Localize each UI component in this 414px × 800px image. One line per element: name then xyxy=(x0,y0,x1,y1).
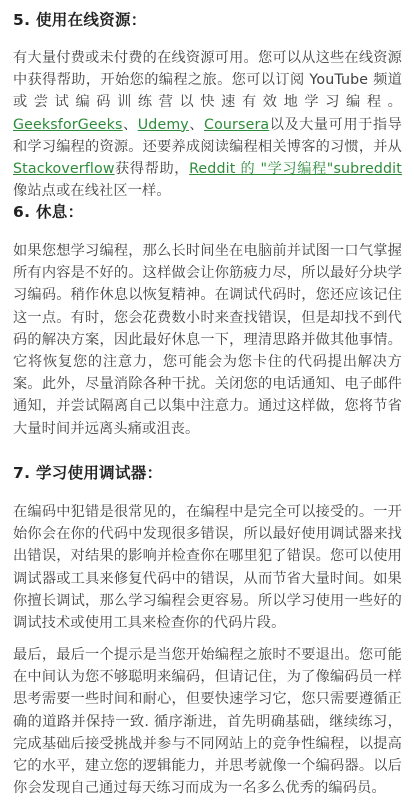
paragraph-debugger: 在编码中犯错是很常见的，在编程中是完全可以接受的。一开始你会在你的代码中发现很多… xyxy=(13,501,402,634)
text: 像站点或在线社区一样。 xyxy=(13,183,171,199)
link-stackoverflow[interactable]: Stackoverflow xyxy=(13,161,115,177)
section-heading-debugger: 7. 学习使用调试器： xyxy=(13,461,162,483)
text: 获得帮助， xyxy=(115,161,189,177)
link-udemy[interactable]: Udemy xyxy=(138,117,189,133)
link-reddit-learnprogramming[interactable]: Reddit 的 "学习编程"subreddit xyxy=(189,161,402,177)
paragraph-rest: 如果您想学习编程，那么长时间坐在电脑前并试图一口气掌握所有内容是不好的。这样做会… xyxy=(13,240,402,440)
text: 有大量付费或未付费的在线资源可用。您可以从这些在线资源中获得帮助，开始您的编程之… xyxy=(13,50,402,110)
link-coursera[interactable]: Coursera xyxy=(204,117,269,133)
text: 、 xyxy=(189,117,204,133)
paragraph-closing: 最后，最后一个提示是当您开始编程之旅时不要退出。您可能在中间认为您不够聪明来编码… xyxy=(13,644,402,799)
link-geeksforgeeks[interactable]: GeeksforGeeks xyxy=(13,117,123,133)
paragraph-online-resources: 有大量付费或未付费的在线资源可用。您可以从这些在线资源中获得帮助，开始您的编程之… xyxy=(13,47,402,202)
section-heading-rest: 6. 休息： xyxy=(13,200,83,222)
text: 、 xyxy=(123,117,138,133)
section-heading-online-resources: 5. 使用在线资源： xyxy=(13,8,147,30)
